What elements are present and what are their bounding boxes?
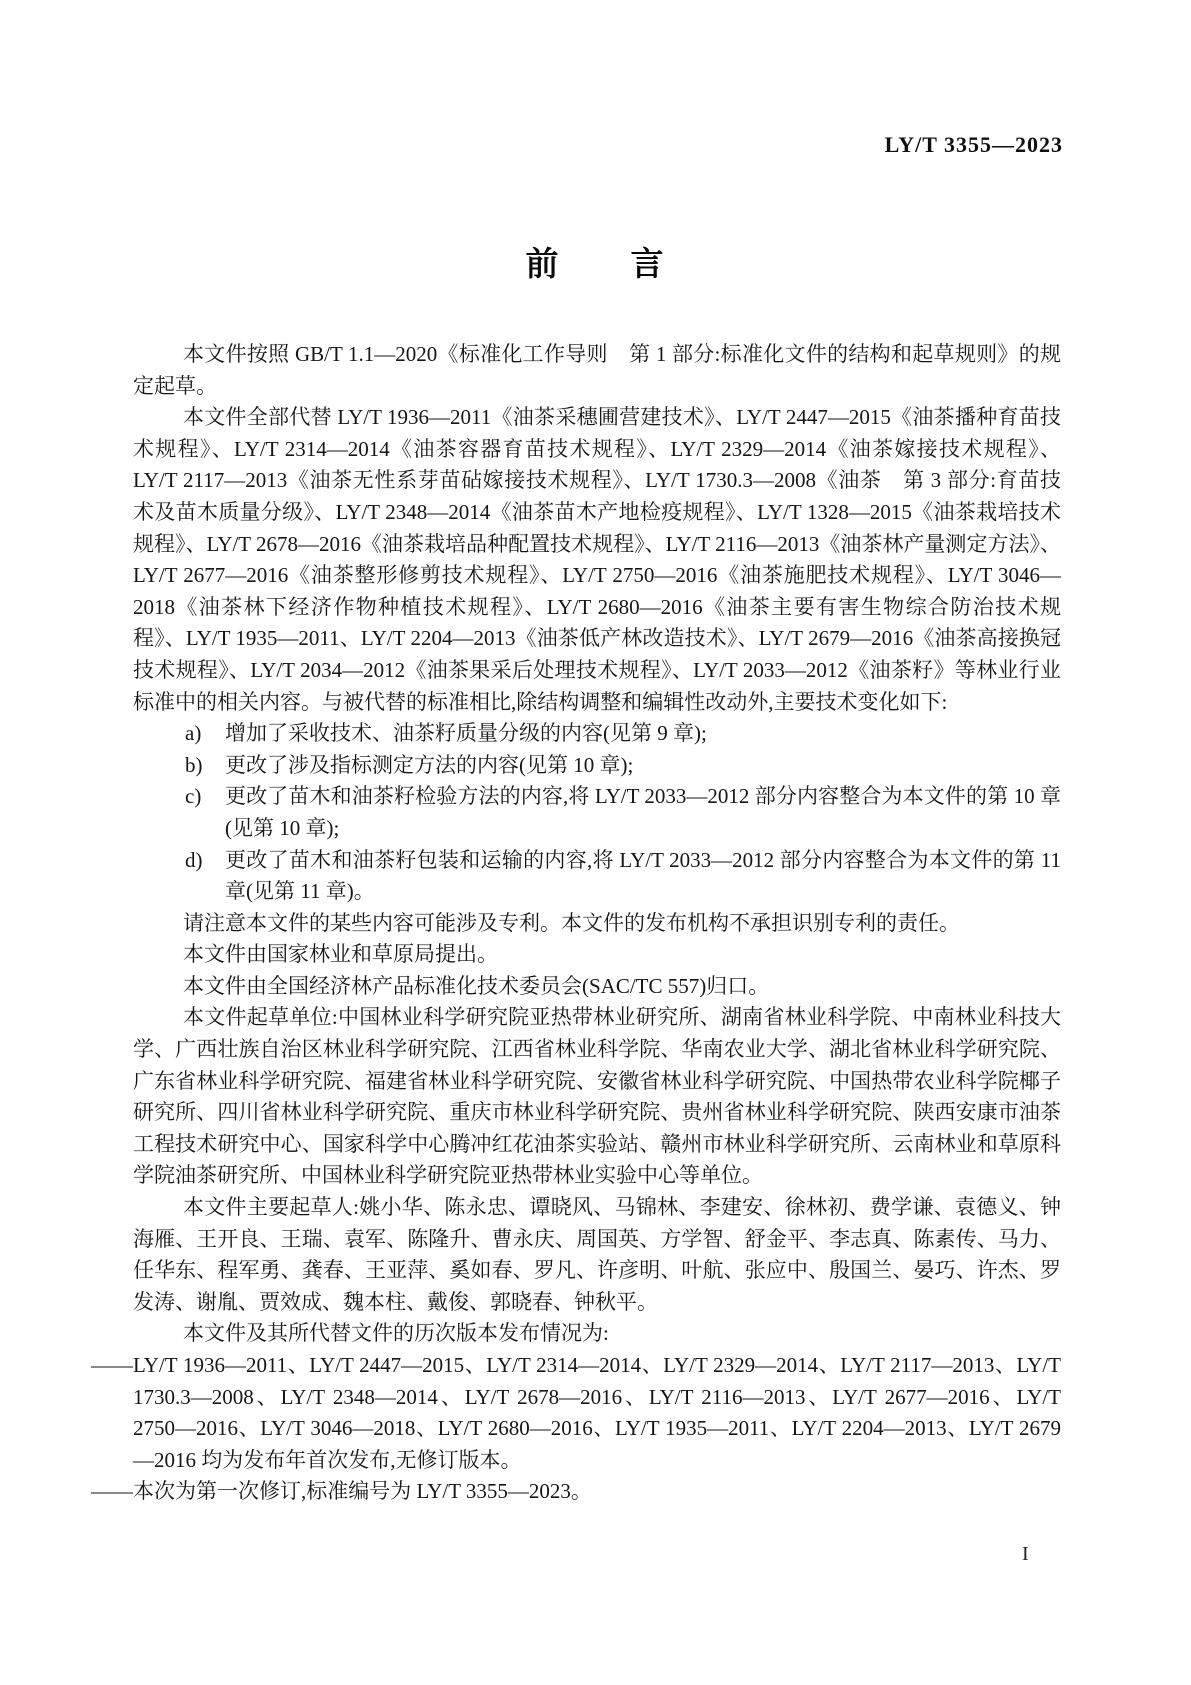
- history-item-first-publication: ——LY/T 1936—2011、LY/T 2447—2015、LY/T 231…: [133, 1350, 1061, 1476]
- para-committee: 本文件由全国经济林产品标准化技术委员会(SAC/TC 557)归口。: [133, 971, 1061, 1003]
- list-marker-a: a): [185, 718, 201, 750]
- change-list-item-c: c) 更改了苗木和油茶籽检验方法的内容,将 LY/T 2033—2012 部分内…: [133, 781, 1061, 844]
- list-text-b: 更改了涉及指标测定方法的内容(见第 10 章);: [225, 753, 633, 777]
- document-page: LY/T 3355—2023 前 言 本文件按照 GB/T 1.1—2020《标…: [0, 0, 1191, 1685]
- page-number: I: [1022, 1543, 1029, 1566]
- para-drafters: 本文件主要起草人:姚小华、陈永忠、谭晓风、马锦林、李建安、徐林初、费学谦、袁德义…: [133, 1192, 1061, 1318]
- change-list-item-a: a) 增加了采收技术、油茶籽质量分级的内容(见第 9 章);: [133, 718, 1061, 750]
- para-proposer: 本文件由国家林业和草原局提出。: [133, 939, 1061, 971]
- standard-number-header: LY/T 3355—2023: [885, 132, 1063, 158]
- list-text-c: 更改了苗木和油茶籽检验方法的内容,将 LY/T 2033—2012 部分内容整合…: [225, 784, 1061, 840]
- para-drafting-basis: 本文件按照 GB/T 1.1—2020《标准化工作导则 第 1 部分:标准化文件…: [133, 339, 1061, 402]
- list-marker-d: d): [185, 845, 203, 877]
- change-list-item-d: d) 更改了苗木和油茶籽包装和运输的内容,将 LY/T 2033—2012 部分…: [133, 845, 1061, 908]
- para-history-intro: 本文件及其所代替文件的历次版本发布情况为:: [133, 1318, 1061, 1350]
- list-text-a: 增加了采收技术、油茶籽质量分级的内容(见第 9 章);: [225, 721, 707, 745]
- list-marker-c: c): [185, 781, 201, 813]
- para-replaced-standards: 本文件全部代替 LY/T 1936—2011《油茶采穗圃营建技术》、LY/T 2…: [133, 402, 1061, 718]
- list-text-d: 更改了苗木和油茶籽包装和运输的内容,将 LY/T 2033—2012 部分内容整…: [225, 848, 1061, 904]
- list-marker-b: b): [185, 750, 203, 782]
- para-drafting-units: 本文件起草单位:中国林业科学研究院亚热带林业研究所、湖南省林业科学院、中南林业科…: [133, 1002, 1061, 1192]
- page-title: 前 言: [0, 238, 1191, 285]
- para-patent-notice: 请注意本文件的某些内容可能涉及专利。本文件的发布机构不承担识别专利的责任。: [133, 908, 1061, 940]
- foreword-body: 本文件按照 GB/T 1.1—2020《标准化工作导则 第 1 部分:标准化文件…: [133, 339, 1061, 1508]
- change-list-item-b: b) 更改了涉及指标测定方法的内容(见第 10 章);: [133, 750, 1061, 782]
- history-item-current-revision: ——本次为第一次修订,标准编号为 LY/T 3355—2023。: [133, 1476, 1061, 1508]
